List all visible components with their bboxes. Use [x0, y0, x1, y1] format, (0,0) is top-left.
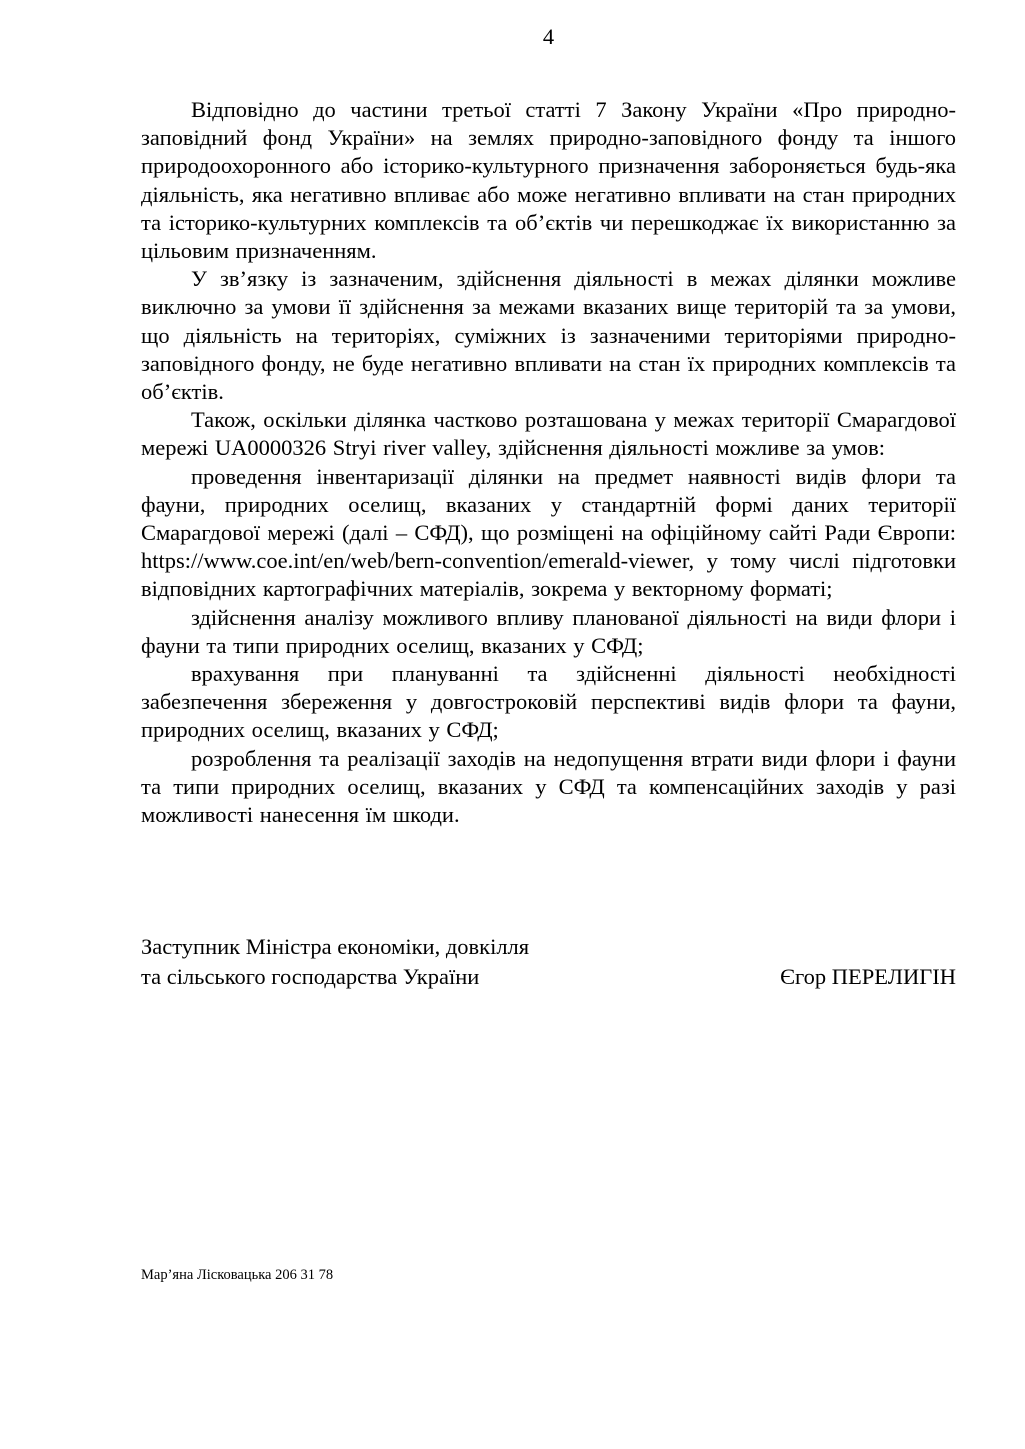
signature-block: Заступник Міністра економіки, довкілля т… [141, 932, 956, 992]
signatory-name: Єгор ПЕРЕЛИГІН [780, 962, 956, 992]
signatory-title-line2: та сільського господарства України [141, 962, 529, 992]
document-page: 4 Відповідно до частини третьої статті 7… [0, 0, 1025, 1449]
signatory-title-line1: Заступник Міністра економіки, довкілля [141, 932, 529, 962]
paragraph-condition-impact-analysis: здійснення аналізу можливого впливу план… [141, 604, 956, 660]
paragraph-law-reference: Відповідно до частини третьої статті 7 З… [141, 96, 956, 265]
executor-contact: Мар’яна Лісковацька 206 31 78 [141, 1266, 333, 1284]
page-number: 4 [141, 24, 956, 50]
paragraph-emerald-network-intro: Також, оскільки ділянка частково розташо… [141, 406, 956, 462]
paragraph-condition-measures: розроблення та реалізації заходів на нед… [141, 745, 956, 830]
paragraph-condition-inventory: проведення інвентаризації ділянки на пре… [141, 463, 956, 604]
paragraph-condition-preservation: врахування при плануванні та здійсненні … [141, 660, 956, 745]
paragraph-activity-condition: У зв’язку із зазначеним, здійснення діял… [141, 265, 956, 406]
document-body: Відповідно до частини третьої статті 7 З… [141, 96, 956, 829]
signatory-title: Заступник Міністра економіки, довкілля т… [141, 932, 529, 992]
